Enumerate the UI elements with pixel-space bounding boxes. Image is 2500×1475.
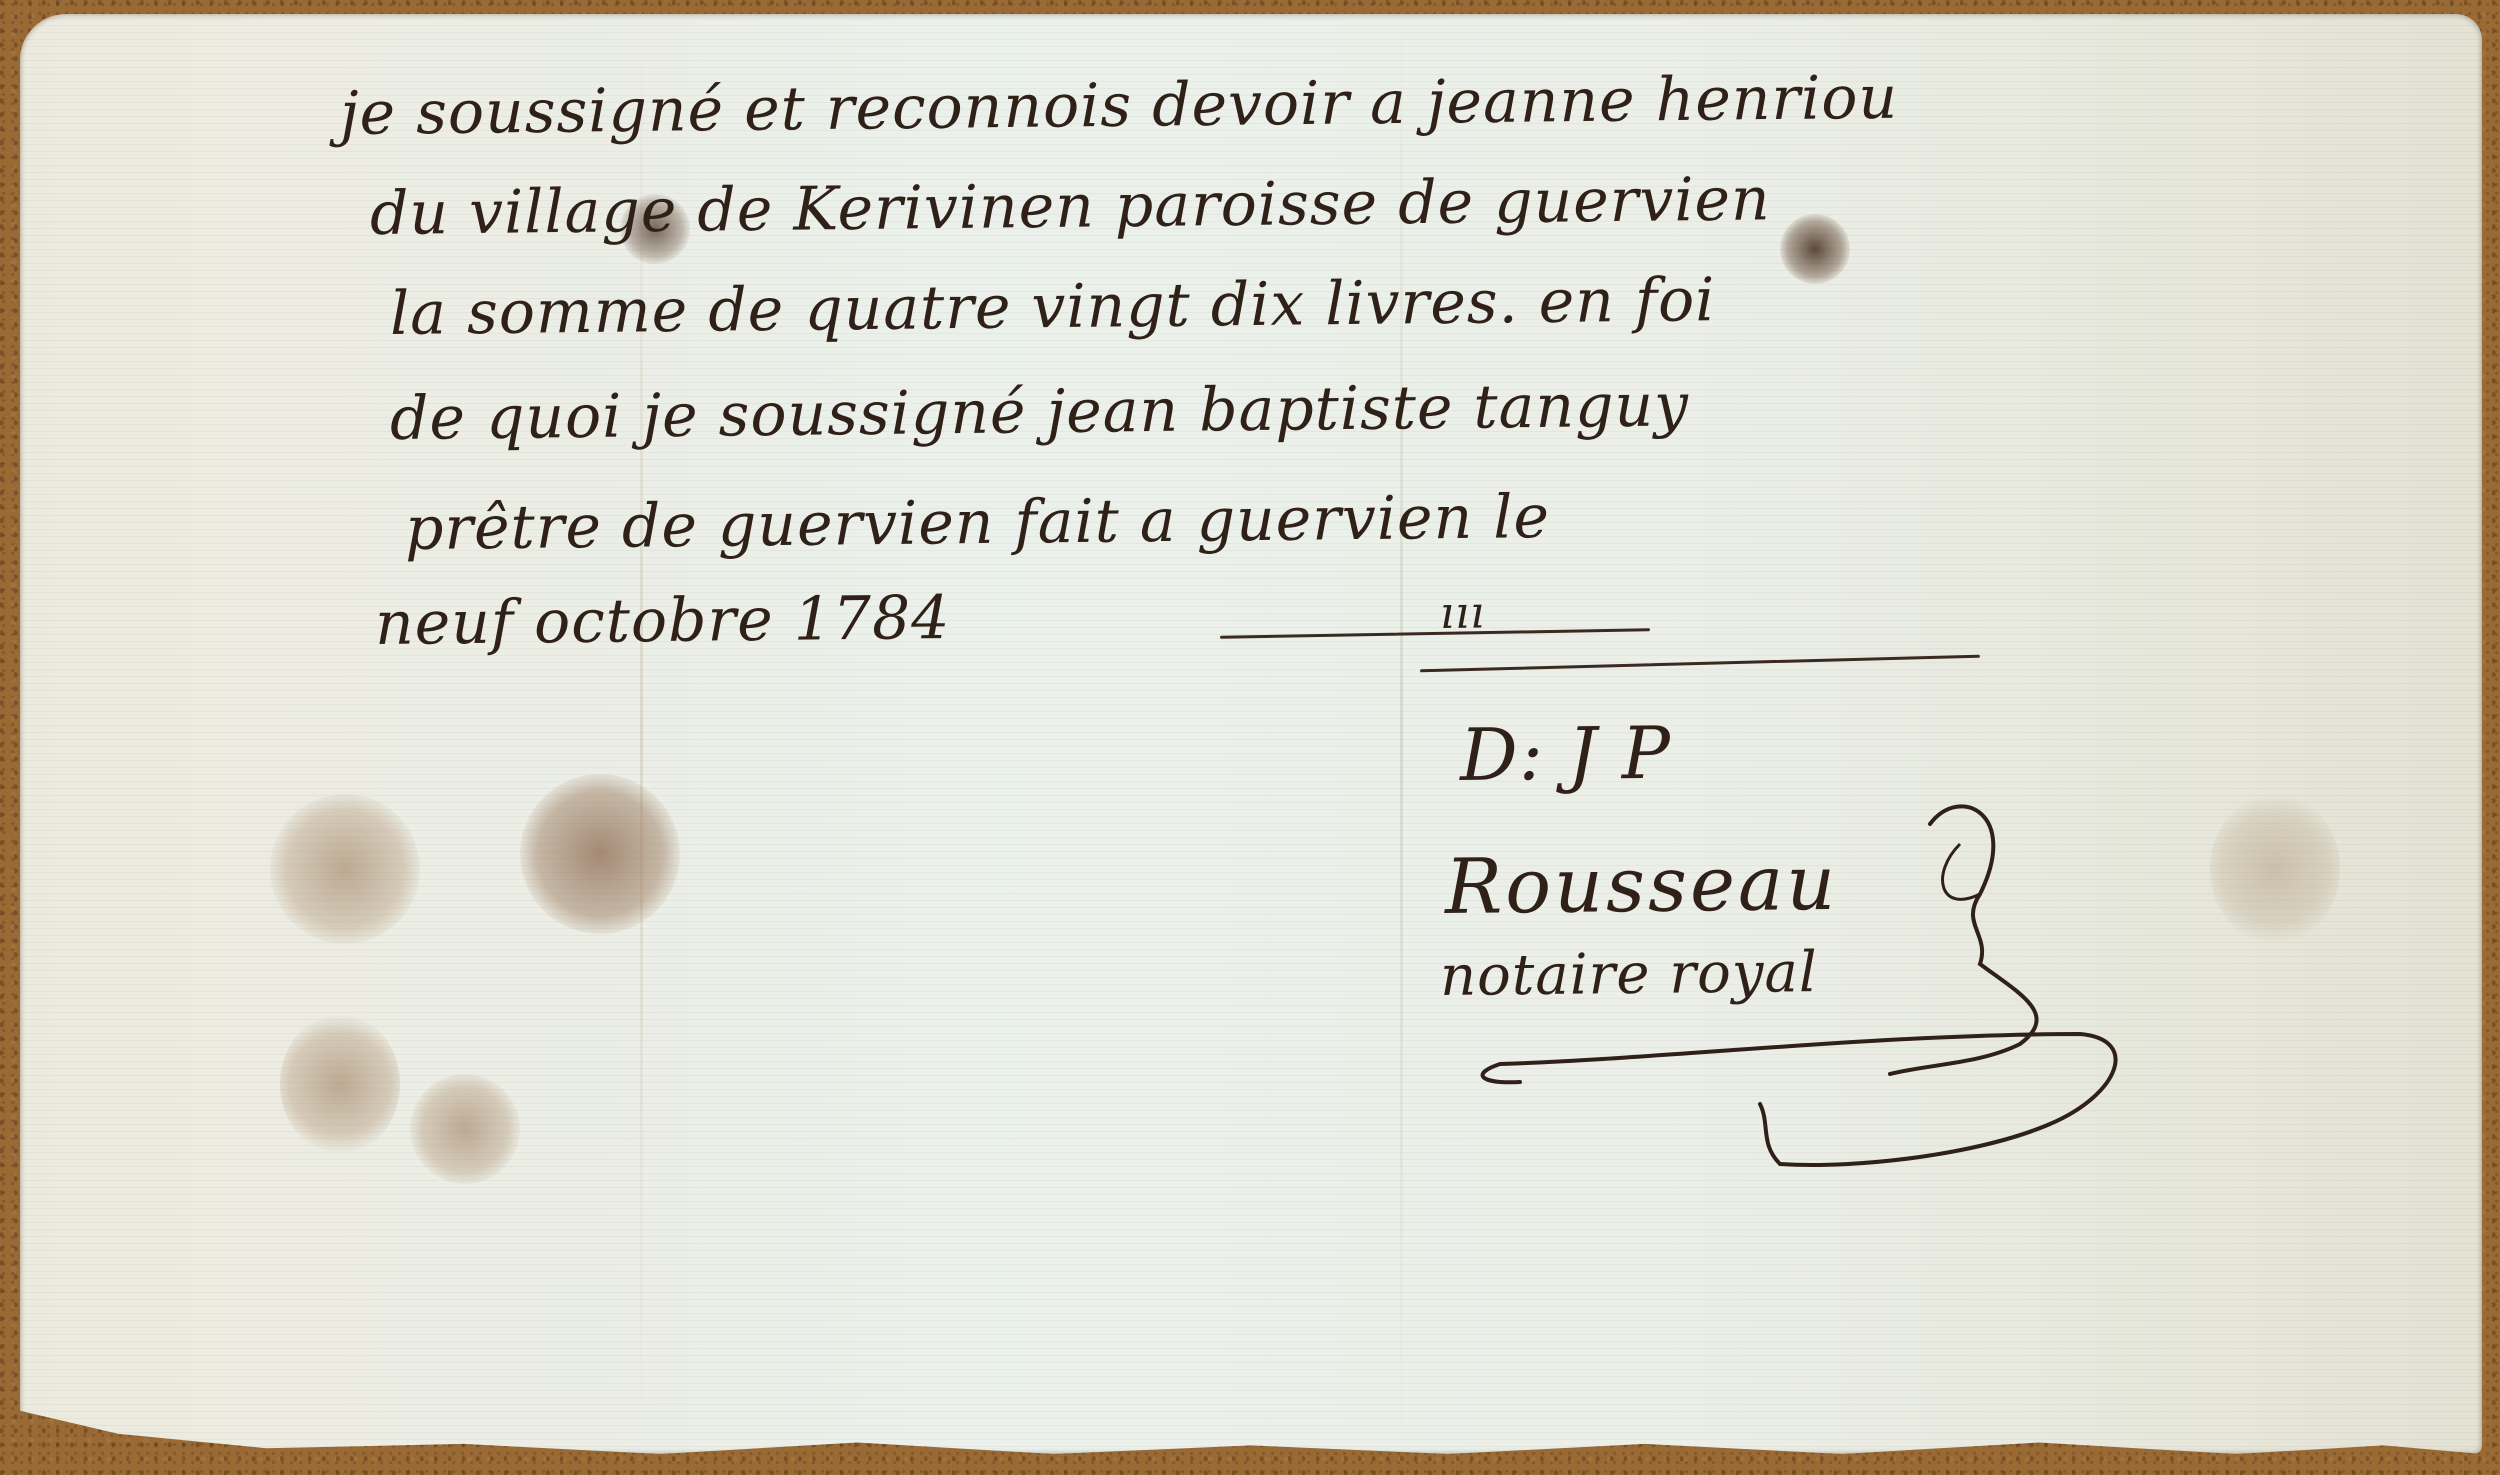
ink-stain	[410, 1074, 520, 1184]
ink-stain	[520, 774, 680, 934]
ink-stain	[270, 794, 420, 944]
tally-mark: ııı	[1440, 592, 1486, 636]
text-line-5: prêtre de guervien fait a guervien le	[405, 487, 1551, 559]
text-line-6-date: neuf octobre 1784	[375, 588, 951, 654]
text-line-1: je soussigné et reconnois devoir a jeann…	[340, 68, 1899, 144]
line-filler-rule	[1220, 628, 1650, 639]
signature-flourish-icon	[1460, 784, 2180, 1184]
signature-initials: D: J P	[1460, 717, 1672, 791]
ink-stain	[280, 1014, 400, 1154]
line-filler-rule	[1420, 655, 1980, 673]
ink-blot	[1780, 214, 1850, 284]
text-line-3: la somme de quatre vingt dix livres. en …	[390, 270, 1716, 344]
text-line-2: du village de Kerivinen paroisse de guer…	[370, 169, 1771, 244]
text-line-4: de quoi je soussigné jean baptiste tangu…	[390, 375, 1690, 449]
document-paper: je soussigné et reconnois devoir a jeann…	[20, 14, 2482, 1454]
ink-stain	[2210, 794, 2340, 944]
